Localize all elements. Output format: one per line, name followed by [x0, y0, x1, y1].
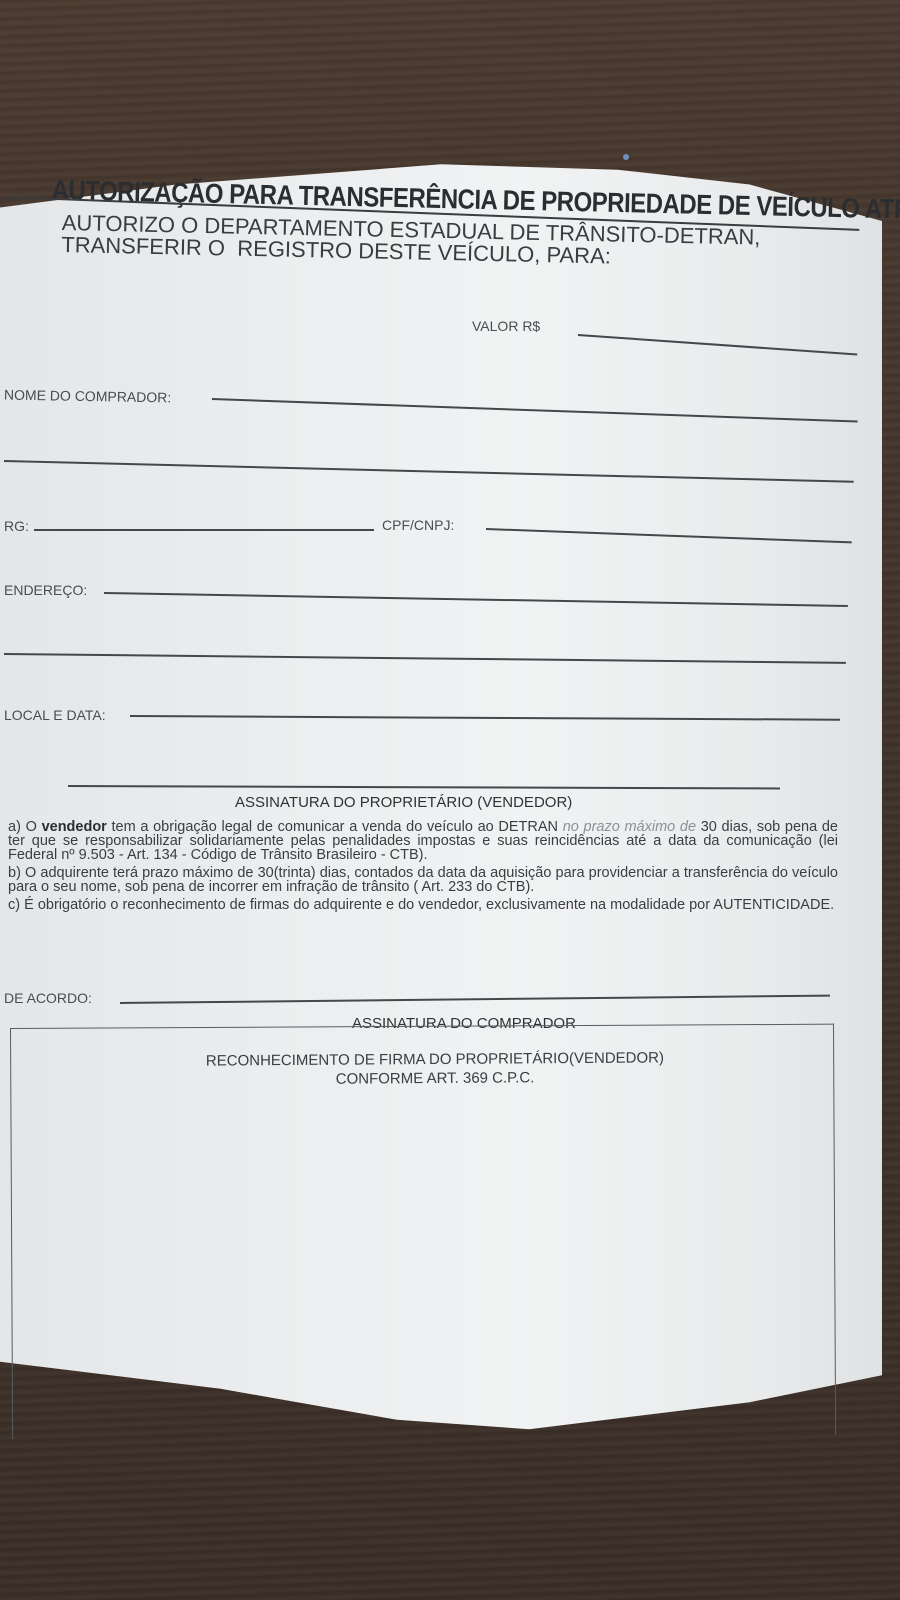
note-b: b) O adquirente terá prazo máximo de 30(…	[8, 866, 838, 894]
rg-field[interactable]	[34, 529, 374, 531]
ink-dot	[623, 154, 629, 160]
cpf-cnpj-label: CPF/CNPJ:	[382, 517, 454, 533]
legal-notes: a) O vendedor tem a obrigação legal de c…	[8, 820, 838, 916]
notary-box-title: RECONHECIMENTO DE FIRMA DO PROPRIETÁRIO(…	[155, 1048, 715, 1090]
note-a: a) O vendedor tem a obrigação legal de c…	[8, 820, 838, 862]
valor-label: VALOR R$	[472, 318, 540, 334]
rg-label: RG:	[4, 518, 29, 534]
de-acordo-label: DE ACORDO:	[4, 990, 92, 1006]
note-c: c) É obrigatório o reconhecimento de fir…	[8, 898, 838, 912]
endereco-label: ENDEREÇO:	[4, 582, 87, 598]
nome-comprador-label: NOME DO COMPRADOR:	[4, 387, 171, 406]
local-data-label: LOCAL E DATA:	[4, 707, 106, 723]
seller-signature-caption: ASSINATURA DO PROPRIETÁRIO (VENDEDOR)	[235, 794, 572, 811]
